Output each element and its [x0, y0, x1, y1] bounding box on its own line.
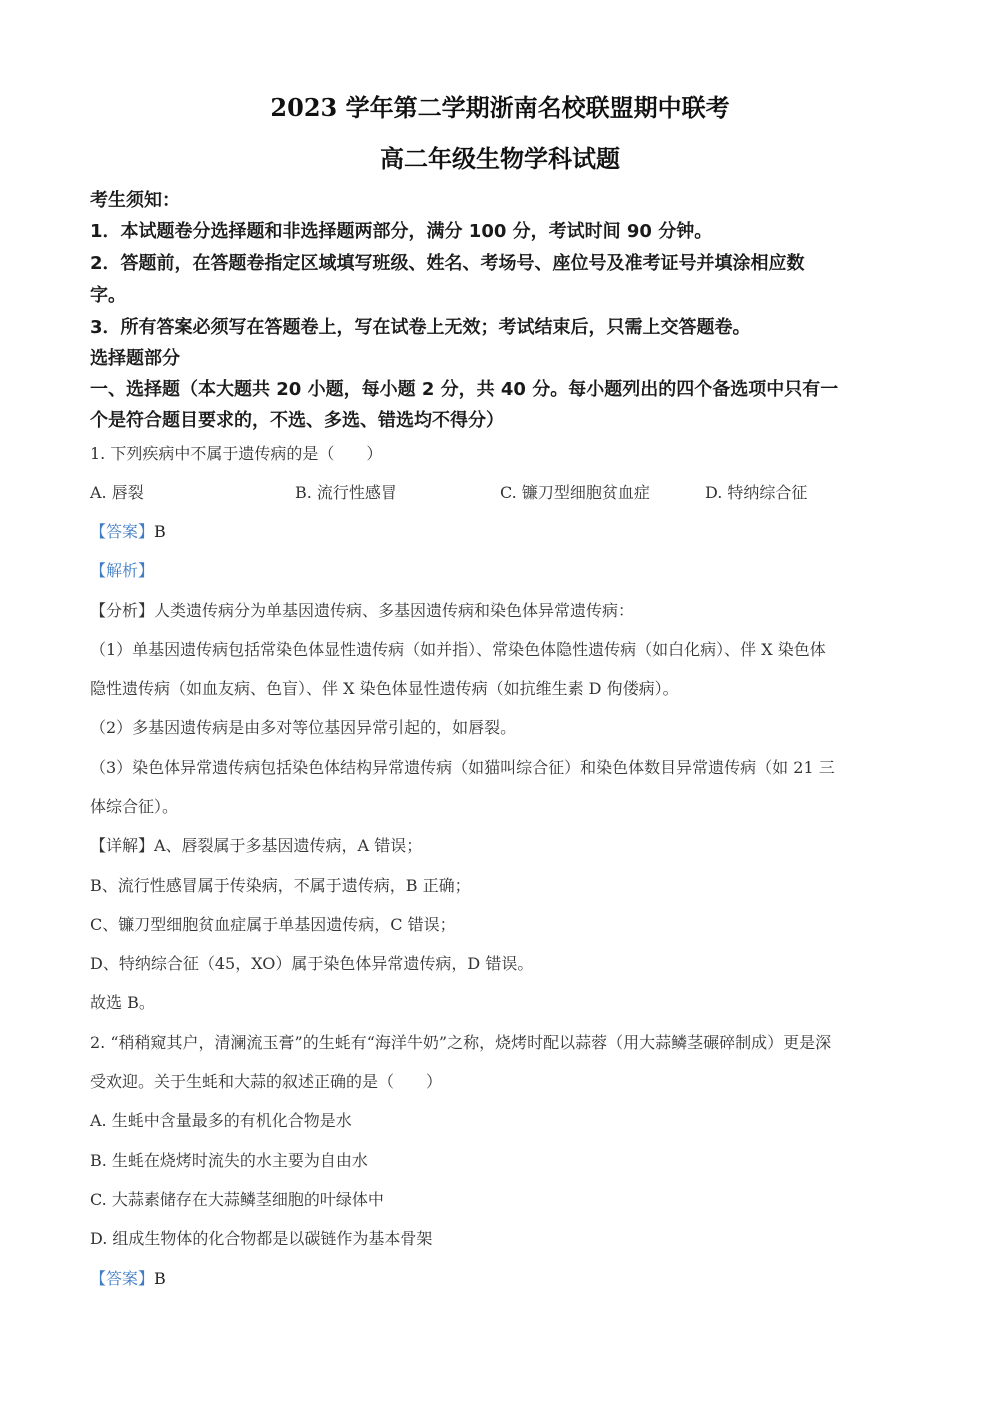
answer-value: B — [154, 522, 166, 541]
notice-item-3: 3．所有答案必须写在答题卷上，写在试卷上无效；考试结束后，只需上交答题卷。 — [90, 313, 751, 339]
q1-conclusion: 故选 B。 — [90, 990, 155, 1013]
q1-analysis-line: 【分析】人类遗传病分为单基因遗传病、多基因遗传病和染色体异常遗传病： — [90, 598, 634, 621]
q1-analysis-line: （3）染色体异常遗传病包括染色体结构异常遗传病（如猫叫综合征）和染色体数目异常遗… — [90, 755, 835, 778]
q1-detail-line: 【详解】A、唇裂属于多基因遗传病，A 错误； — [90, 833, 422, 856]
section-instructions-2: 个是符合题目要求的，不选、多选、错选均不得分） — [90, 406, 504, 432]
answer-tag: 【答案】 — [90, 522, 154, 541]
q1-option-c: C. 镰刀型细胞贫血症 — [500, 480, 650, 503]
q2-option-a: A. 生蚝中含量最多的有机化合物是水 — [90, 1108, 352, 1131]
notice-item-2: 2．答题前，在答题卷指定区域填写班级、姓名、考场号、座位号及准考证号并填涂相应数 — [90, 249, 805, 275]
section-instructions-1: 一、选择题（本大题共 20 小题，每小题 2 分，共 40 分。每小题列出的四个… — [90, 375, 838, 401]
q1-option-a: A. 唇裂 — [90, 480, 144, 503]
exam-subtitle: 高二年级生物学科试题 — [0, 139, 1000, 174]
section-heading: 选择题部分 — [90, 344, 180, 370]
q2-stem-2: 受欢迎。关于生蚝和大蒜的叙述正确的是（ ） — [90, 1069, 442, 1092]
q1-analysis-line: （2）多基因遗传病是由多对等位基因异常引起的，如唇裂。 — [90, 715, 516, 738]
q1-detail-line: C、镰刀型细胞贫血症属于单基因遗传病，C 错误； — [90, 912, 456, 935]
q2-option-c: C. 大蒜素储存在大蒜鳞茎细胞的叶绿体中 — [90, 1187, 384, 1210]
q1-option-b: B. 流行性感冒 — [295, 480, 397, 503]
q1-detail-line: D、特纳综合征（45，XO）属于染色体异常遗传病，D 错误。 — [90, 951, 533, 974]
q1-option-d: D. 特纳综合征 — [705, 480, 807, 503]
answer-tag: 【答案】 — [90, 1269, 154, 1288]
q1-stem: 1. 下列疾病中不属于遗传病的是（ ） — [90, 441, 382, 464]
notice-heading: 考生须知： — [90, 186, 180, 212]
notice-item-1: 1．本试题卷分选择题和非选择题两部分，满分 100 分，考试时间 90 分钟。 — [90, 217, 712, 243]
analysis-tag: 【解析】 — [90, 561, 154, 580]
answer-value: B — [154, 1269, 166, 1288]
q1-analysis-line: 体综合征）。 — [90, 794, 178, 817]
q1-analysis-line: 隐性遗传病（如血友病、色盲）、伴 X 染色体显性遗传病（如抗维生素 D 佝偻病）… — [90, 676, 679, 699]
q1-analysis-line: （1）单基因遗传病包括常染色体显性遗传病（如并指）、常染色体隐性遗传病（如白化病… — [90, 637, 826, 660]
q1-analysis-tag: 【解析】 — [90, 558, 154, 581]
exam-page: 2023 学年第二学期浙南名校联盟期中联考 高二年级生物学科试题 考生须知： 1… — [0, 0, 1000, 1414]
q2-option-d: D. 组成生物体的化合物都是以碳链作为基本骨架 — [90, 1226, 432, 1249]
q2-answer: 【答案】B — [90, 1266, 166, 1289]
notice-item-2-cont: 字。 — [90, 281, 126, 307]
q2-option-b: B. 生蚝在烧烤时流失的水主要为自由水 — [90, 1148, 368, 1171]
q1-detail-line: B、流行性感冒属于传染病，不属于遗传病，B 正确； — [90, 873, 471, 896]
q2-stem-1: 2. “稍稍窥其户，清澜流玉膏”的生蚝有“海洋牛奶”之称，烧烤时配以蒜蓉（用大蒜… — [90, 1030, 831, 1053]
exam-title: 2023 学年第二学期浙南名校联盟期中联考 — [0, 88, 1000, 123]
q1-answer: 【答案】B — [90, 519, 166, 542]
